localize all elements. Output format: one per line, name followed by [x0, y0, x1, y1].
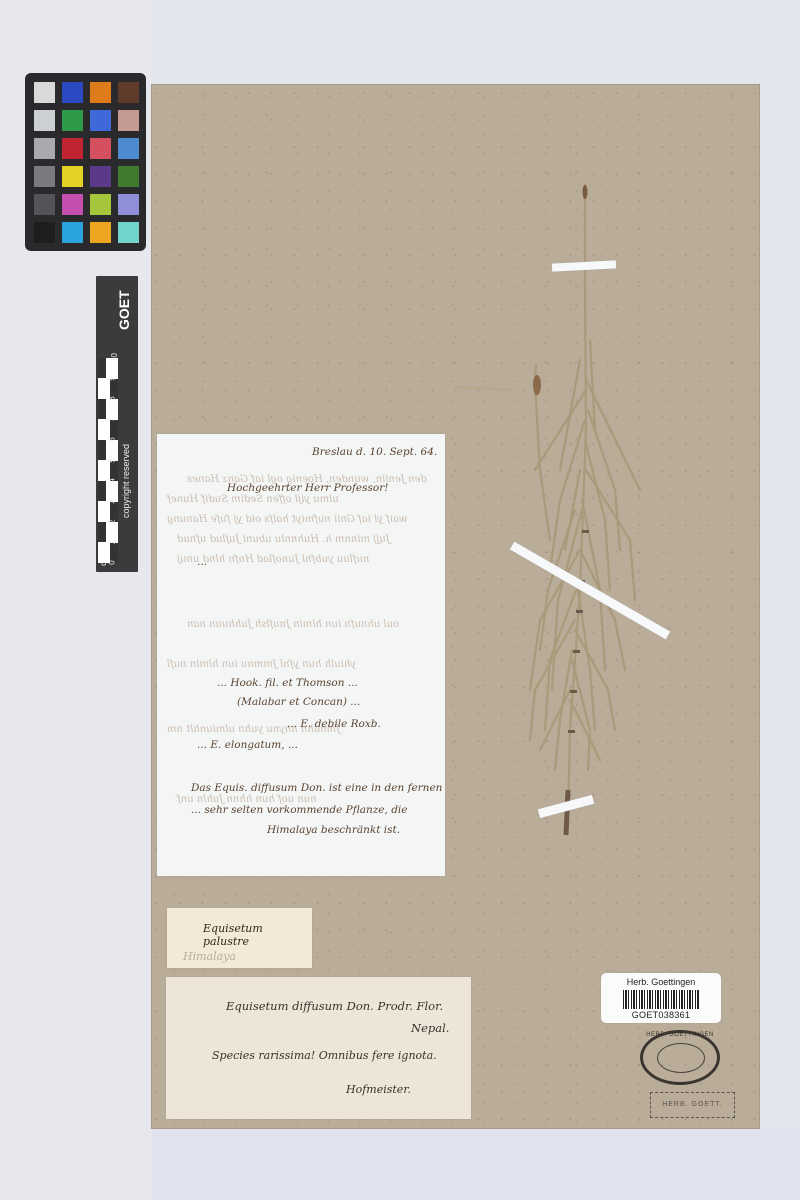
color-swatch	[118, 166, 139, 187]
unit-label: cm	[99, 555, 108, 566]
determination-label: Equisetum palustre Himalaya	[167, 908, 312, 968]
rectangular-stamp: HERB. GOETT.	[650, 1092, 735, 1118]
taxon-line: Equisetum diffusum Don. Prodr. Flor.	[226, 999, 443, 1013]
ruler-segment	[98, 481, 106, 501]
color-checker-card	[25, 73, 146, 251]
signature-line: Hofmeister.	[346, 1083, 411, 1096]
institution-name: Herb. Goettingen	[601, 977, 721, 987]
color-swatch	[34, 82, 55, 103]
ruler-tick-label: 7	[108, 417, 117, 421]
copyright-text: copyright reserved	[121, 368, 135, 518]
ruler-tick-label: 6	[108, 437, 117, 441]
letter-line: ... E. debile Roxb.	[287, 718, 381, 730]
ruler-tick-label: 3	[108, 499, 117, 503]
color-swatch	[62, 166, 83, 187]
goet-logo: GOET	[116, 280, 136, 340]
ruler-tick-label: 8	[108, 396, 117, 400]
note-line: Species rarissima! Omnibus fere ignota.	[212, 1049, 437, 1062]
color-swatch	[62, 82, 83, 103]
letter-line: Hochgeehrter Herr Professor!	[227, 482, 388, 494]
color-swatch	[90, 82, 111, 103]
ruler-segment	[98, 522, 106, 542]
letter-line: Himalaya beschränkt ist.	[267, 824, 400, 836]
ruler-tick-label: 1	[108, 540, 117, 544]
color-swatch	[118, 110, 139, 131]
letter-line: (Malabar et Concan) ...	[237, 696, 360, 708]
letter-line: ... sehr selten vorkommende Pflanze, die	[191, 804, 408, 816]
color-swatch	[118, 82, 139, 103]
letter-header: Breslau d. 10. Sept. 64.	[312, 446, 437, 458]
color-swatch	[90, 222, 111, 243]
locality-line: Nepal.	[411, 1021, 449, 1035]
color-swatch	[34, 138, 55, 159]
ruler-tick-label: 9	[108, 376, 117, 380]
barcode-icon	[623, 990, 699, 1009]
collection-label: Equisetum diffusum Don. Prodr. Flor. Nep…	[166, 977, 471, 1119]
color-swatch	[118, 138, 139, 159]
taxon-name: Equisetum palustre	[203, 922, 312, 948]
ruler-segment	[98, 358, 106, 378]
ruler-tick-label: 5	[108, 458, 117, 462]
scale-bar: GOET 012345678910 copyright reserved cm	[96, 276, 138, 572]
specimen-plant	[440, 170, 700, 850]
ruler-segment	[98, 440, 106, 460]
color-swatch	[34, 166, 55, 187]
color-swatch	[118, 222, 139, 243]
locality: Himalaya	[183, 950, 236, 963]
color-swatch	[34, 110, 55, 131]
color-swatch	[90, 110, 111, 131]
letter-line: ...	[197, 556, 207, 568]
color-swatch	[34, 222, 55, 243]
specimen-id: GOET038361	[601, 1010, 721, 1020]
ruler-tick-label: 10	[110, 353, 119, 362]
background-bottom	[152, 1128, 800, 1200]
barcode-label: Herb. Goettingen GOET038361	[601, 973, 721, 1023]
color-swatch	[62, 110, 83, 131]
color-swatch	[62, 138, 83, 159]
oval-stamp-inner-ring	[657, 1043, 705, 1073]
letter-line: Das Equis. diffusum Don. ist eine in den…	[191, 782, 442, 794]
letter-line: ... Hook. fil. et Thomson ...	[217, 677, 358, 689]
color-swatch	[118, 194, 139, 215]
oval-stamp: HERB. GOETTINGEN	[640, 1030, 720, 1085]
color-swatch	[90, 194, 111, 215]
ruler-tick-label: 4	[108, 478, 117, 482]
ruler-segment	[98, 399, 106, 419]
color-swatch	[62, 222, 83, 243]
color-swatch	[62, 194, 83, 215]
oval-stamp-text: HERB. GOETTINGEN	[643, 1032, 717, 1038]
color-swatch	[90, 138, 111, 159]
color-swatch	[90, 166, 111, 187]
ruler-tick-label: 0	[108, 560, 117, 564]
ruler-tick-label: 2	[108, 519, 117, 523]
handwritten-letter: den Jeniin, wunden, Hoenig ogl iaf Ganz …	[157, 434, 445, 876]
letter-line: ... E. elongatum, ...	[197, 739, 298, 751]
color-swatch	[34, 194, 55, 215]
